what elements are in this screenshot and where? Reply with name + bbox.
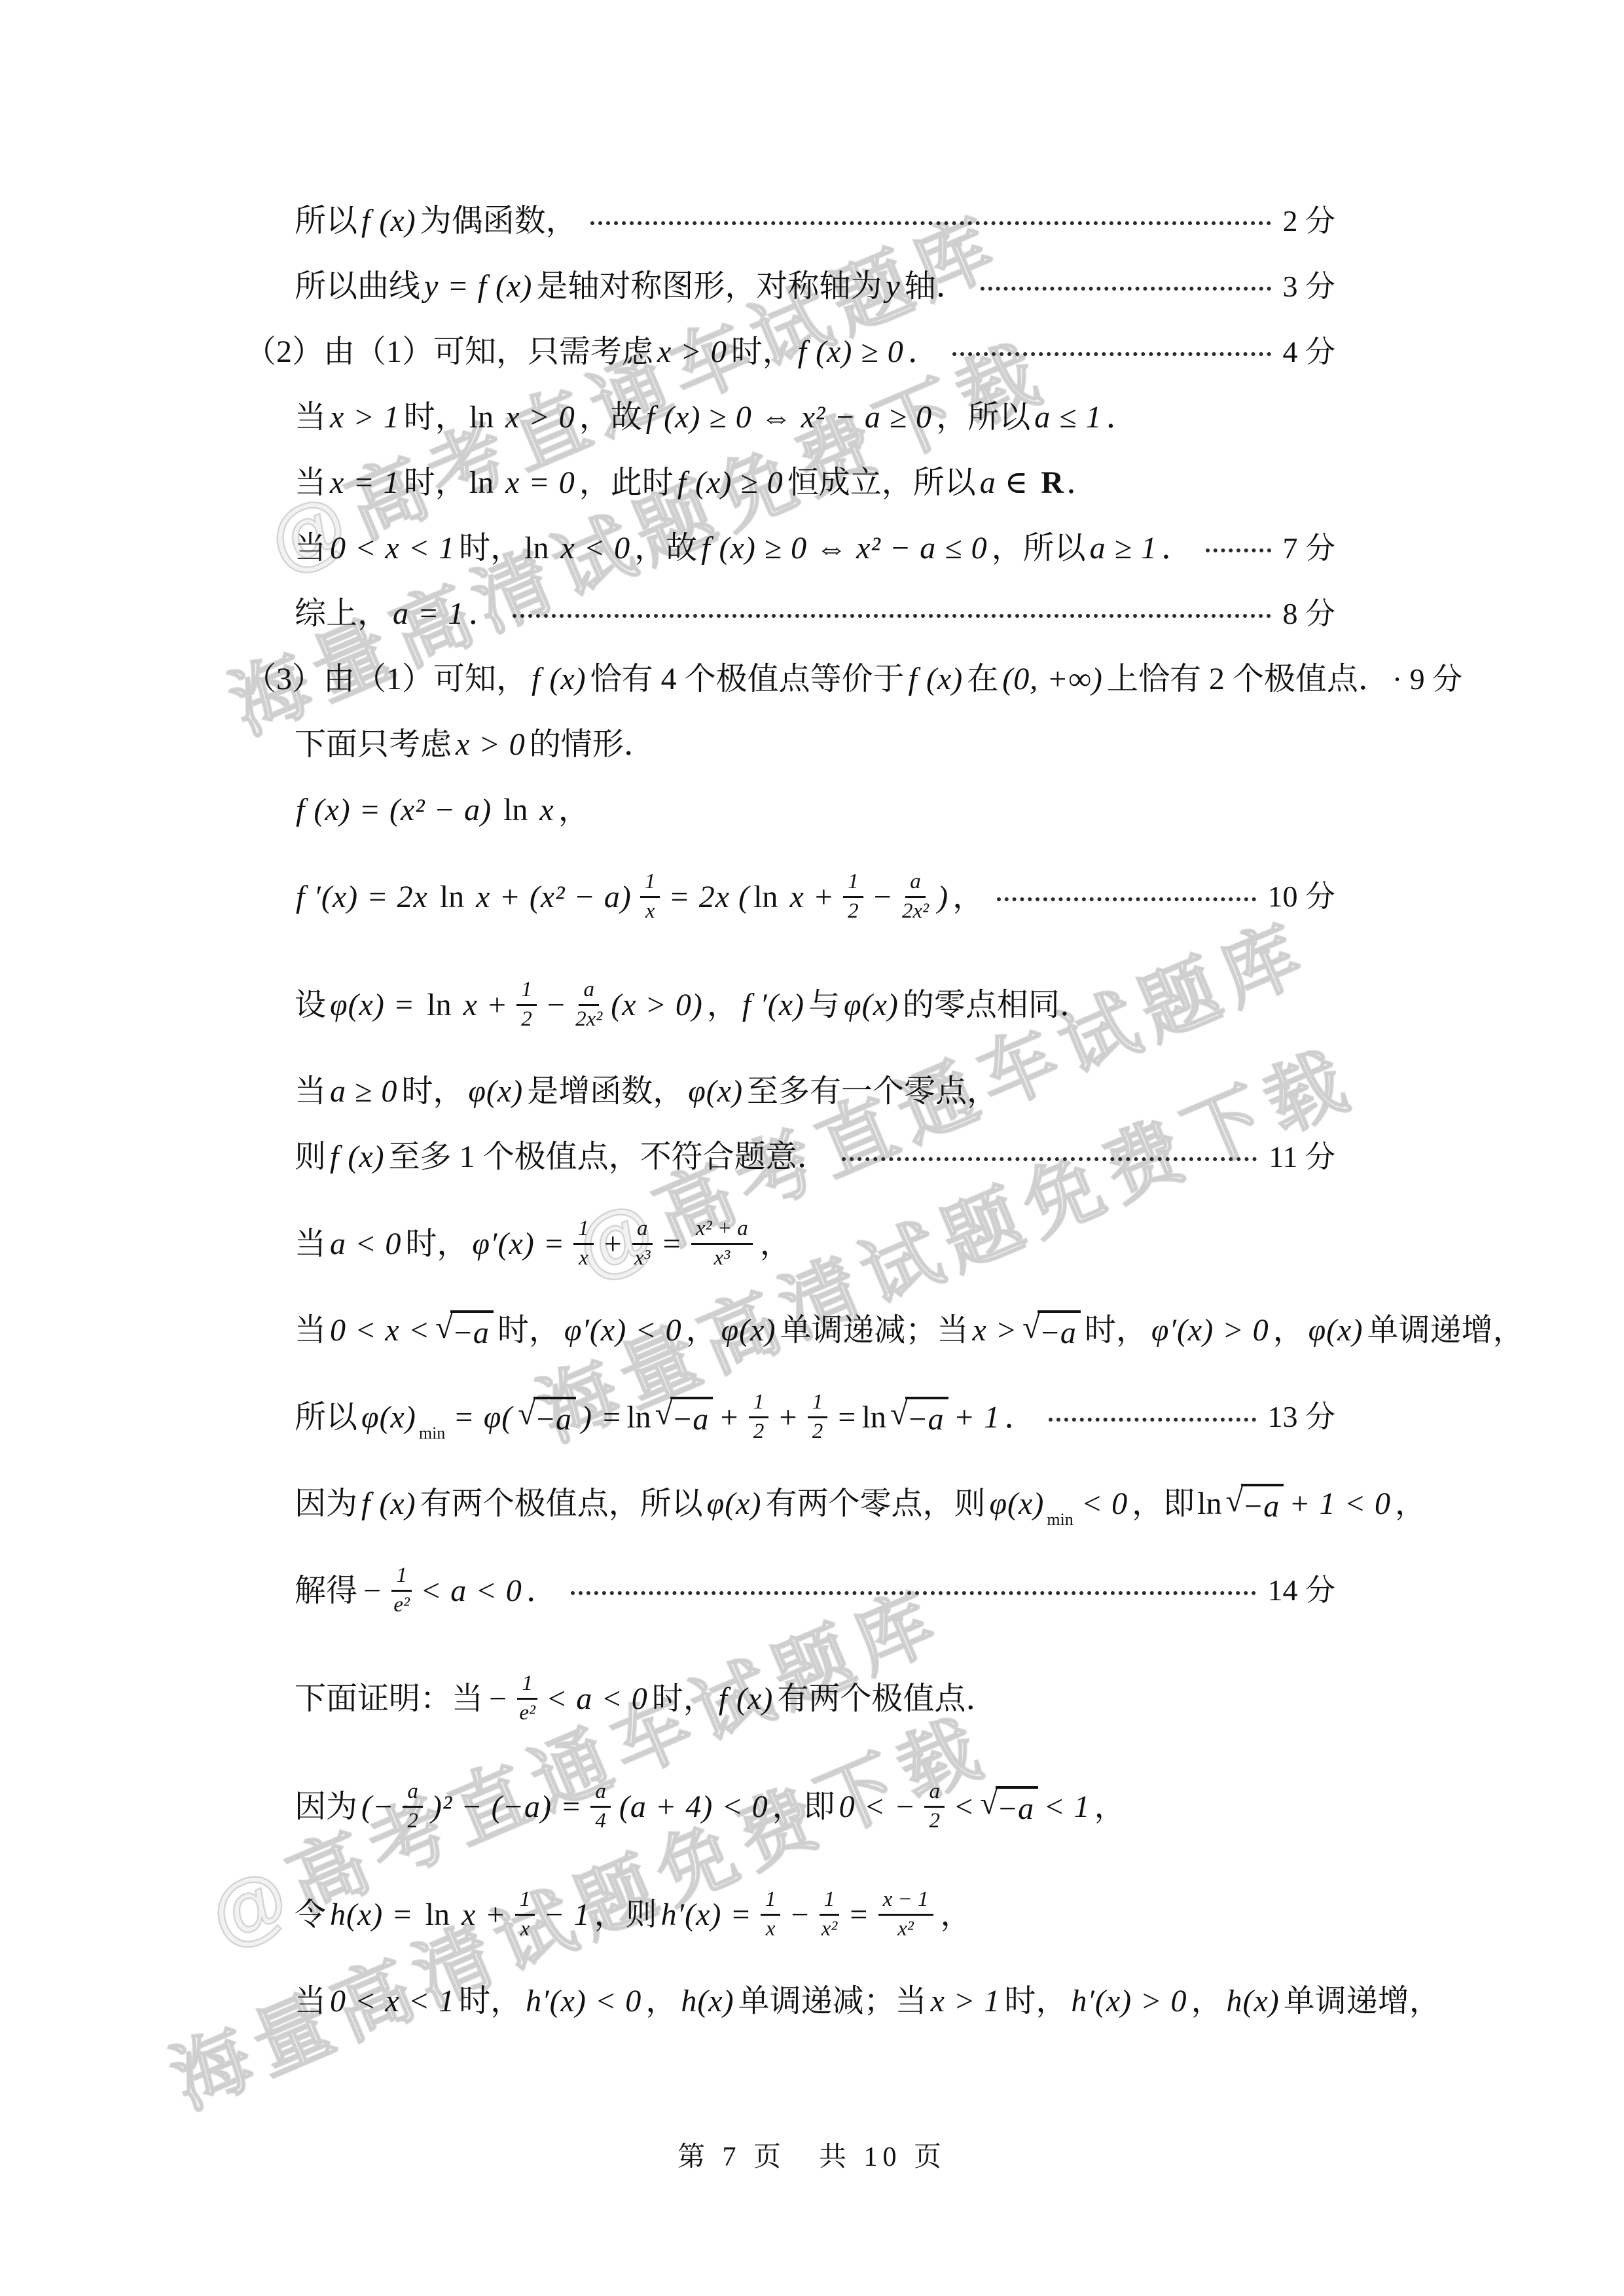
fraction: 1e²: [391, 1564, 412, 1617]
score-label: 2 分: [1283, 204, 1336, 239]
math-run: φ(x): [1308, 1312, 1363, 1348]
math-run: x > 0: [456, 726, 526, 762]
square-root: √−a: [1022, 1310, 1081, 1351]
dotted-leader: [997, 897, 1255, 901]
math-run: < a < 0: [420, 1573, 522, 1609]
text-run: 所以曲线: [295, 268, 420, 304]
dotted-leader: [571, 1591, 1256, 1595]
math-run: (a + 4) < 0: [619, 1789, 768, 1825]
text-run: 当: [295, 530, 326, 566]
text-run: 下面只考虑: [295, 726, 452, 762]
page-footer: 第 7 页 共 10 页: [0, 2135, 1624, 2174]
text-run: ．: [468, 596, 499, 632]
solution-line: （3）由（1）可知，f (x)恰有 4 个极值点等价于f (x)在(0, +∞)…: [244, 647, 1335, 712]
solution-line: 当0 < x < 1时，h′(x) < 0，h(x)单调递减；当x > 1时，h…: [244, 1969, 1335, 2034]
text-run: 当: [295, 1073, 326, 1109]
math-run: = φ(: [453, 1399, 513, 1435]
text-run: ，: [1273, 1312, 1305, 1348]
text-run: 所以: [295, 1399, 357, 1435]
math-run: + 1: [954, 1399, 1000, 1435]
subscript: min: [1047, 1510, 1073, 1530]
answer-lines: 所以f (x)为偶函数，2 分所以曲线y = f (x)是轴对称图形，对称轴为y…: [244, 188, 1335, 2034]
text-run: 单调递减；当: [738, 1983, 927, 2019]
square-root: √−a: [890, 1397, 948, 1437]
dotted-leader: [981, 287, 1271, 291]
math-run: < a < 0: [546, 1681, 648, 1717]
text-run: 单调递增，: [1367, 1312, 1524, 1348]
answer-sheet-page: @高考直通车试题库 海量高清试题免费下载 @高考直通车试题库 海量高清试题免费下…: [0, 0, 1624, 2296]
math-run: x = 0: [505, 465, 575, 501]
math-run: (−: [361, 1789, 394, 1825]
math-run: f (x): [361, 1486, 416, 1522]
math-run: x + (x² − a): [476, 879, 632, 915]
text-run: 单调递增，: [1284, 1983, 1441, 2019]
text-run: 在: [967, 661, 998, 697]
text-run: ，故: [634, 530, 697, 566]
dotted-leader: [842, 1157, 1257, 1161]
math-run: −: [789, 1897, 810, 1933]
roman-math-run: ln: [419, 987, 459, 1023]
text-run: ，: [707, 987, 738, 1023]
solution-line: 下面只考虑x > 0的情形．: [244, 712, 1335, 778]
text-run: ，: [760, 1226, 791, 1262]
text-run: 时，: [497, 1312, 560, 1348]
text-run: 下面证明：当: [295, 1681, 483, 1717]
text-run: 因为: [295, 1486, 357, 1522]
text-run: ，: [941, 1897, 972, 1933]
text-run: 当: [295, 1226, 326, 1262]
fraction: a2: [924, 1780, 945, 1833]
math-run: h(x): [681, 1983, 734, 2019]
fraction: a4: [590, 1780, 611, 1833]
text-run: ．: [1161, 530, 1193, 566]
score-label: 13 分: [1268, 1400, 1336, 1435]
math-run: )² − (−a) =: [431, 1789, 583, 1825]
math-run: =: [836, 1399, 857, 1435]
text-run: 的零点相同．: [903, 987, 1091, 1023]
solution-line: 当x = 1时，ln x = 0，此时f (x) ≥ 0恒成立，所以a ∈ R．: [244, 450, 1335, 516]
solution-line: 当a ≥ 0时，φ(x)是增函数，φ(x)至多有一个零点，: [244, 1059, 1335, 1124]
math-run: f (x) ≥ 0 ⇔ x² − a ≥ 0: [646, 399, 932, 435]
text-run: 有两个极值点，所以: [420, 1486, 703, 1522]
text-run: ，故: [579, 399, 642, 435]
text-run: ，: [1094, 1789, 1125, 1825]
text-run: 单调递减；当: [780, 1312, 968, 1348]
text-run: ，: [1395, 1486, 1426, 1522]
text-run: 综上，: [295, 596, 389, 632]
fraction: 1x: [761, 1888, 781, 1941]
text-run: ．: [1106, 399, 1138, 435]
fraction: a2x²: [575, 978, 602, 1031]
math-run: φ(x): [707, 1486, 762, 1522]
math-run: x +: [789, 879, 835, 915]
math-run: x = 1: [330, 465, 400, 501]
math-run: + 1 < 0: [1289, 1486, 1391, 1522]
text-run: 与: [808, 987, 840, 1023]
text-run: 时，: [1004, 1983, 1067, 2019]
math-run: a ≤ 1: [1034, 399, 1102, 435]
math-run: h′(x) < 0: [526, 1983, 641, 2019]
math-run: =: [848, 1897, 869, 1933]
text-run: 有两个极值点．: [777, 1681, 997, 1717]
math-run: φ(x): [989, 1486, 1044, 1522]
math-run: =: [661, 1226, 683, 1262]
math-run: −: [487, 1681, 509, 1717]
math-run: (x > 0): [611, 987, 703, 1023]
math-run: +: [777, 1399, 799, 1435]
text-run: ，: [1191, 1983, 1223, 2019]
fraction: 12: [808, 1391, 828, 1443]
math-run: x > 0: [657, 334, 727, 370]
fraction: a2: [403, 1780, 423, 1833]
solution-line: 设φ(x) = ln x +12−a2x²(x > 0)，f ′(x)与φ(x)…: [244, 951, 1335, 1059]
math-run: x: [539, 792, 554, 828]
fraction: 1x: [515, 1888, 535, 1941]
score-label: · 9 分: [1392, 662, 1462, 697]
math-run: +: [602, 1226, 624, 1262]
solution-line: 所以φ(x)min= φ(√−a) =ln√−a+12+12=ln√−a+ 1．…: [244, 1363, 1335, 1471]
math-run: y = f (x): [424, 268, 532, 304]
text-run: ，所以: [936, 399, 1030, 435]
roman-math-run: ln: [432, 879, 472, 915]
fraction: 1x: [573, 1217, 594, 1270]
text-run: 恰有 4 个极值点等价于: [590, 661, 905, 697]
fraction: 1e²: [517, 1672, 537, 1725]
math-run: f (x): [909, 661, 964, 697]
text-run: 时，: [404, 399, 467, 435]
score-label: 3 分: [1283, 270, 1336, 304]
fraction: x² + ax³: [691, 1217, 753, 1270]
text-run: 恒成立，所以: [787, 465, 976, 501]
fraction: 12: [843, 870, 863, 923]
math-run: −: [872, 879, 893, 915]
text-run: 至多 1 个极值点，不符合题意．: [389, 1139, 829, 1175]
math-run: f (x) ≥ 0: [677, 465, 784, 501]
text-run: ，: [645, 1983, 677, 2019]
score-label: 7 分: [1283, 531, 1336, 566]
math-run: f (x): [532, 661, 586, 697]
math-run: a ≥ 1: [1090, 530, 1157, 566]
solution-line: 当0 < x < 1时，ln x < 0，故f (x) ≥ 0 ⇔ x² − a…: [244, 516, 1335, 581]
text-run: 时，: [404, 465, 467, 501]
math-run: x +: [463, 987, 509, 1023]
text-run: ，: [686, 1312, 717, 1348]
solution-line: 当x > 1时，ln x > 0，故f (x) ≥ 0 ⇔ x² − a ≥ 0…: [244, 385, 1335, 450]
fraction: x − 1x²: [878, 1888, 933, 1941]
math-run: a < 0: [330, 1226, 401, 1262]
math-run: h′(x) > 0: [1071, 1983, 1187, 2019]
math-run: − 1: [543, 1897, 590, 1933]
solution-line: 所以曲线y = f (x)是轴对称图形，对称轴为y轴．3 分: [244, 254, 1335, 319]
roman-math-run: ln: [626, 1399, 651, 1435]
math-run: x > 0: [505, 399, 575, 435]
math-run: a ≥ 0: [330, 1073, 397, 1109]
solution-line: 则f (x)至多 1 个极值点，不符合题意．11 分: [244, 1124, 1335, 1190]
dotted-leader: [513, 614, 1271, 618]
roman-math-run: ln: [469, 465, 501, 501]
math-run: h(x): [1227, 1983, 1280, 2019]
fraction: 12: [749, 1391, 769, 1443]
text-run: 至多有一个零点，: [747, 1073, 998, 1109]
score-label: 4 分: [1283, 335, 1336, 370]
text-run: 设: [295, 987, 326, 1023]
roman-math-run: ln: [753, 879, 785, 915]
text-run: ，即: [1132, 1486, 1195, 1522]
text-run: 令: [295, 1897, 326, 1933]
solution-line: 因为f (x)有两个极值点，所以φ(x)有两个零点，则φ(x)min< 0，即l…: [244, 1471, 1335, 1537]
math-run: −: [545, 987, 567, 1023]
text-run: ，此时: [579, 465, 674, 501]
text-run: （3）由（1）可知，: [245, 661, 528, 697]
text-run: ．: [526, 1573, 558, 1609]
text-run: 当: [295, 1983, 326, 2019]
math-run: f (x): [361, 203, 416, 239]
text-run: ，: [558, 792, 590, 828]
solution-line: 因为(−a2)² − (−a) =a4(a + 4) < 0，即0 < −a2<…: [244, 1753, 1335, 1861]
math-run: h′(x) =: [661, 1897, 752, 1933]
text-run: 时，: [459, 530, 522, 566]
math-run: φ(x): [361, 1399, 416, 1435]
fraction: a2x²: [902, 870, 929, 923]
text-run: ，所以: [992, 530, 1086, 566]
math-run: x > 1: [931, 1983, 1001, 2019]
text-run: ，即: [772, 1789, 835, 1825]
score-label: 11 分: [1269, 1140, 1335, 1175]
text-run: （2）由（1）可知，只需考虑: [245, 334, 653, 370]
square-root: √−a: [435, 1310, 494, 1351]
roman-math-run: ln: [1197, 1486, 1221, 1522]
math-run: f (x): [719, 1681, 774, 1717]
solution-line: 当a < 0时，φ′(x) =1x+ax³=x² + ax³，: [244, 1190, 1335, 1298]
math-run: 0 < −: [839, 1789, 916, 1825]
bold-math-run: R: [1041, 465, 1064, 501]
math-run: f (x): [330, 1139, 385, 1175]
text-run: 有两个零点，则: [765, 1486, 985, 1522]
text-run: 当: [295, 465, 326, 501]
text-run: ．: [1066, 465, 1098, 501]
text-run: 时，: [459, 1983, 522, 2019]
math-run: f (x) = (x² − a): [296, 792, 492, 828]
math-run: ): [937, 879, 948, 915]
text-run: 时，: [1085, 1312, 1147, 1348]
math-run: 0 < x < 1: [330, 1983, 455, 2019]
fraction: 1x²: [820, 1888, 840, 1941]
square-root: √−a: [1226, 1484, 1284, 1524]
fraction: 1x: [640, 870, 660, 923]
math-run: φ(x): [844, 987, 899, 1023]
solution-line: 当0 < x <√−a时，φ′(x) < 0，φ(x)单调递减；当x >√−a时…: [244, 1298, 1335, 1363]
text-run: 是轴对称图形，对称轴为: [536, 268, 882, 304]
math-run: x < 0: [560, 530, 630, 566]
solution-line: 下面证明：当−1e²< a < 0时，f (x)有两个极值点．: [244, 1645, 1335, 1753]
solution-line: （2）由（1）可知，只需考虑x > 0时，f (x) ≥ 0．4 分: [244, 319, 1335, 385]
text-run: 解得: [295, 1573, 357, 1609]
text-run: ．: [908, 334, 939, 370]
math-run: φ(x): [688, 1073, 743, 1109]
math-run: −: [361, 1573, 383, 1609]
math-run: φ(x): [468, 1073, 523, 1109]
score-label: 10 分: [1268, 880, 1336, 914]
score-label: 14 分: [1268, 1573, 1336, 1608]
square-root: √−a: [655, 1397, 713, 1437]
solution-line: 所以f (x)为偶函数，2 分: [244, 188, 1335, 254]
subscript: min: [419, 1424, 445, 1443]
text-run: 是增函数，: [527, 1073, 684, 1109]
math-run: (0, +∞): [1002, 661, 1103, 697]
solution-line: 令h(x) = ln x +1x− 1，则h′(x) =1x−1x²=x − 1…: [244, 1861, 1335, 1969]
roman-math-run: ln: [524, 530, 556, 566]
math-run: φ(x): [721, 1312, 776, 1348]
solution-line: 综上，a = 1．8 分: [244, 581, 1335, 647]
math-run: 0 < x <: [330, 1312, 430, 1348]
math-run: x > 1: [330, 399, 400, 435]
text-run: 当: [295, 1312, 326, 1348]
roman-math-run: ln: [496, 792, 535, 828]
text-run: ．: [1004, 1399, 1036, 1435]
roman-math-run: ln: [418, 1897, 458, 1933]
text-run: 则: [295, 1139, 326, 1175]
math-run: φ′(x) < 0: [564, 1312, 682, 1348]
score-label: 8 分: [1283, 597, 1336, 632]
math-run: x +: [461, 1897, 507, 1933]
text-run: 时，: [731, 334, 794, 370]
math-run: ) =: [581, 1399, 623, 1435]
math-run: +: [718, 1399, 740, 1435]
square-root: √−a: [980, 1786, 1038, 1827]
fraction: 12: [516, 978, 537, 1031]
text-run: 上恰有 2 个极值点．: [1107, 661, 1390, 697]
text-run: 的情形．: [530, 726, 655, 762]
solution-line: 解得−1e²< a < 0．14 分: [244, 1537, 1335, 1645]
dotted-leader: [590, 221, 1271, 225]
text-run: 因为: [295, 1789, 357, 1825]
math-run: f ′(x): [742, 987, 804, 1023]
fraction: ax³: [632, 1217, 653, 1270]
roman-math-run: ln: [469, 399, 501, 435]
math-run: <: [953, 1789, 975, 1825]
math-run: 0 < x < 1: [330, 530, 455, 566]
math-run: < 1: [1043, 1789, 1090, 1825]
solution-line: f (x) = (x² − a) ln x，: [244, 778, 1335, 843]
text-run: 轴．: [905, 268, 967, 304]
solution-line: f ′(x) = 2x ln x + (x² − a)1x= 2x (ln x …: [244, 843, 1335, 951]
math-run: < 0: [1081, 1486, 1128, 1522]
roman-math-run: ln: [862, 1399, 886, 1435]
text-run: ，: [952, 879, 984, 915]
math-run: φ′(x) > 0: [1151, 1312, 1269, 1348]
text-run: 为偶函数，: [420, 203, 577, 239]
math-run: = 2x (: [668, 879, 749, 915]
text-run: ，则: [594, 1897, 657, 1933]
text-run: 当: [295, 399, 326, 435]
square-root: √−a: [518, 1397, 576, 1437]
math-run: f (x) ≥ 0: [798, 334, 904, 370]
math-run: a ∈: [980, 465, 1038, 501]
dotted-leader: [1206, 548, 1271, 552]
math-run: f (x) ≥ 0 ⇔ x² − a ≤ 0: [701, 530, 987, 566]
dotted-leader: [952, 352, 1271, 356]
math-run: f ′(x) = 2x: [296, 879, 428, 915]
math-run: h(x) =: [330, 1897, 414, 1933]
math-run: x >: [972, 1312, 1017, 1348]
text-run: 时，: [652, 1681, 715, 1717]
math-run: φ′(x) =: [472, 1226, 565, 1262]
dotted-leader: [1049, 1418, 1255, 1422]
text-run: 所以: [295, 203, 357, 239]
math-run: y: [886, 268, 900, 304]
math-run: a = 1: [393, 596, 464, 632]
math-run: φ(x) =: [330, 987, 415, 1023]
text-run: 时，: [401, 1073, 464, 1109]
text-run: 时，: [405, 1226, 468, 1262]
